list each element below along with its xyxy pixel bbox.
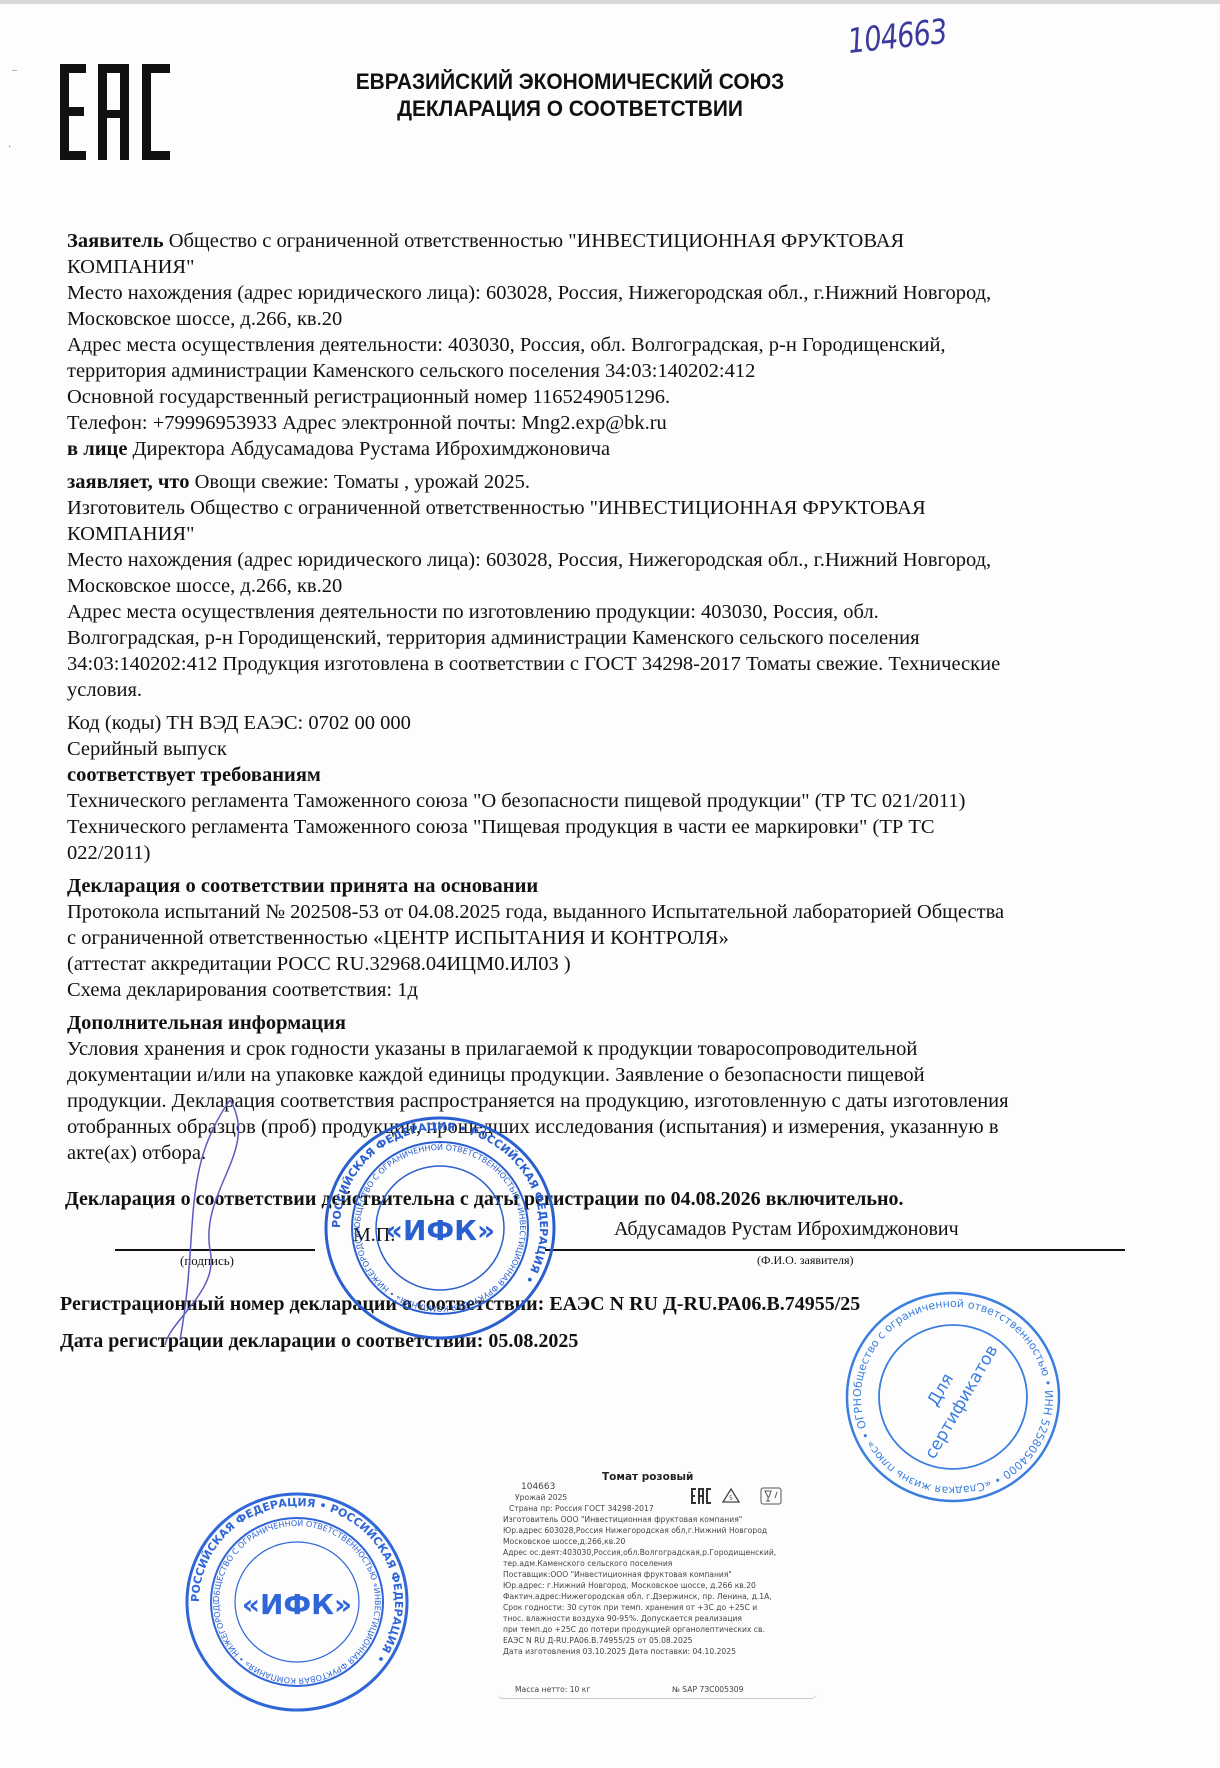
product-label: 104663 Томат розовый 5 Урожай 2025 Стран… <box>497 1470 817 1699</box>
name-line <box>545 1249 1125 1251</box>
certificates-seal-icon: Общество с ограниченной ответственностью… <box>842 1288 1064 1506</box>
basis-heading: Декларация о соответствии принята на осн… <box>67 875 538 897</box>
applicant-line: Заявитель Общество с ограниченной ответс… <box>67 228 1137 254</box>
declares-line: заявляет, что Овощи свежие: Томаты , уро… <box>67 469 1137 495</box>
scan-artifact: ¯ <box>12 70 17 81</box>
declaration-body: Заявитель Общество с ограниченной ответс… <box>67 228 1137 1166</box>
handwritten-number: 104663 <box>846 12 949 62</box>
declaration-title: ДЕКЛАРАЦИЯ О СООТВЕТСТВИИ <box>304 95 836 122</box>
represented-line: в лице Директора Абдусамадова Рустама Иб… <box>67 436 1137 462</box>
release-type: Серийный выпуск <box>67 736 1137 762</box>
svg-text:«ИФК»: «ИФК» <box>385 1214 495 1247</box>
label-sap: № SAP 7ЗС005309 <box>672 1684 743 1695</box>
scan-artifact: · <box>8 142 11 153</box>
name-caption: (Ф.И.О. заявителя) <box>757 1253 854 1268</box>
signatory-name: Абдусамадов Рустам Иброхимджонович <box>614 1218 959 1241</box>
document-header: ЕВРАЗИЙСКИЙ ЭКОНОМИЧЕСКИЙ СОЮЗ ДЕКЛАРАЦИ… <box>304 68 836 122</box>
label-mass: Масса нетто: 10 кг <box>515 1684 590 1695</box>
svg-text:«ИФК»: «ИФК» <box>242 1588 352 1621</box>
union-title: ЕВРАЗИЙСКИЙ ЭКОНОМИЧЕСКИЙ СОЮЗ <box>304 68 836 95</box>
eac-logo-icon <box>60 64 175 160</box>
label-lines: Урожай 2025 Страна пр: Россия ГОСТ 34298… <box>503 1492 817 1657</box>
company-seal-icon: РОССИЙСКАЯ ФЕДЕРАЦИЯ • РОССИЙСКАЯ ФЕДЕРА… <box>322 1115 558 1341</box>
requirements-heading: соответствует требованиям <box>67 764 321 786</box>
additional-heading: Дополнительная информация <box>67 1012 346 1034</box>
company-seal-lower-icon: РОССИЙСКАЯ ФЕДЕРАЦИЯ • РОССИЙСКАЯ ФЕДЕРА… <box>182 1488 412 1716</box>
declaration-scheme: Схема декларирования соответствия: 1д <box>67 977 1137 1003</box>
scan-edge <box>0 0 1220 4</box>
tnved-code: Код (коды) ТН ВЭД ЕАЭС: 0702 00 000 <box>67 710 1137 736</box>
label-title: Томат розовый <box>602 1472 693 1483</box>
